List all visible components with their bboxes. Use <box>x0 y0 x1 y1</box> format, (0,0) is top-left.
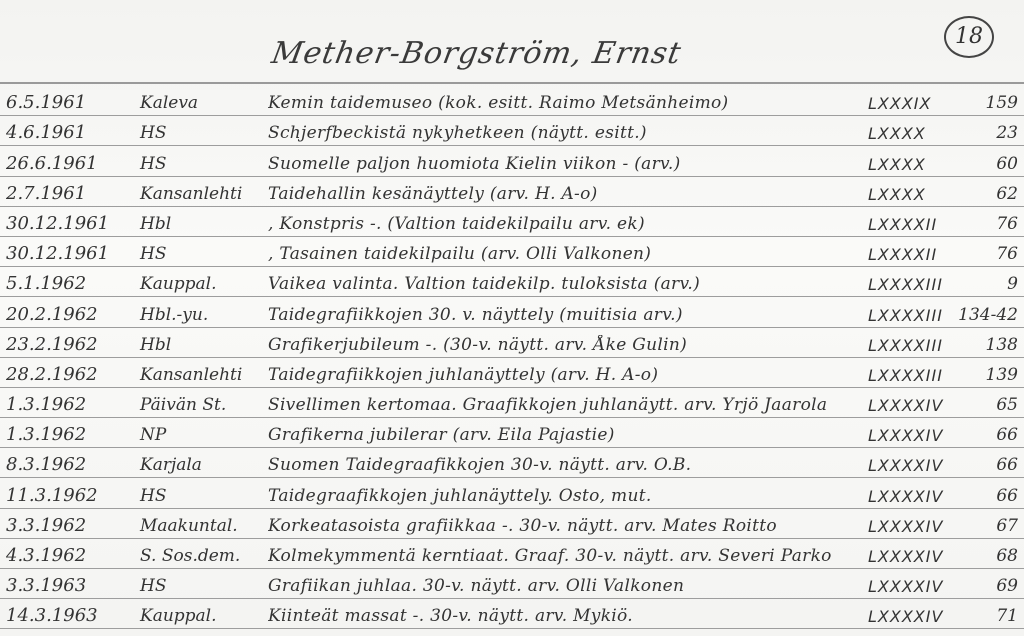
entry-volume: LXXXXII <box>868 245 968 264</box>
entry-date: 2.7.1961 <box>6 183 146 204</box>
entry-date: 23.2.1962 <box>6 334 146 355</box>
entry-page: 69 <box>958 576 1018 596</box>
entry-date: 30.12.1961 <box>6 213 146 234</box>
entry-source: Maakuntal. <box>140 516 270 536</box>
entry-page: 139 <box>958 365 1018 385</box>
entry-description: Kiinteät massat -. 30-v. näytt. arv. Myk… <box>268 606 868 626</box>
entry-date: 4.3.1962 <box>6 545 146 566</box>
entry-page: 66 <box>958 486 1018 506</box>
entry-volume: LXXXIX <box>868 94 968 113</box>
card-title: Mether-Borgström, Ernst <box>269 36 684 71</box>
entry-description: Grafiikan juhlaa. 30-v. näytt. arv. Olli… <box>268 576 868 596</box>
entry-row: 26.6.1961 HS Suomelle paljon huomiota Ki… <box>0 146 1024 176</box>
entry-date: 30.12.1961 <box>6 243 146 264</box>
entry-description: Taidehallin kesänäyttely (arv. H. A-o) <box>268 184 868 204</box>
entry-source: Kauppal. <box>140 274 270 294</box>
entry-row: 1.3.1962 NP Grafikerna jubilerar (arv. E… <box>0 418 1024 448</box>
entry-description: Kemin taidemuseo (kok. esitt. Raimo Mets… <box>268 93 868 113</box>
entry-row: 4.6.1961 HS Schjerfbeckistä nykyhetkeen … <box>0 116 1024 146</box>
entry-page: 138 <box>958 335 1018 355</box>
entry-date: 1.3.1962 <box>6 394 146 415</box>
entry-row: 30.12.1961 Hbl , Konstpris -. (Valtion t… <box>0 207 1024 237</box>
entry-volume: LXXXX <box>868 155 968 174</box>
entry-page: 159 <box>958 93 1018 113</box>
entry-description: Taidegraafikkojen juhlanäyttely. Osto, m… <box>268 486 868 506</box>
entry-description: , Tasainen taidekilpailu (arv. Olli Valk… <box>268 244 868 264</box>
entry-row: 30.12.1961 HS , Tasainen taidekilpailu (… <box>0 237 1024 267</box>
entry-description: Kolmekymmentä kerntiaat. Graaf. 30-v. nä… <box>268 546 868 566</box>
entry-description: Suomelle paljon huomiota Kielin viikon -… <box>268 154 868 174</box>
entry-volume: LXXXX <box>868 124 968 143</box>
entry-page: 76 <box>958 244 1018 264</box>
entry-row: 5.1.1962 Kauppal. Vaikea valinta. Valtio… <box>0 267 1024 297</box>
entry-volume: LXXXXIV <box>868 456 968 475</box>
entry-source: Kansanlehti <box>140 365 270 385</box>
entry-source: HS <box>140 486 270 506</box>
entry-row: 4.3.1962 S. Sos.dem. Kolmekymmentä kernt… <box>0 539 1024 569</box>
entry-volume: LXXXXIII <box>868 306 968 325</box>
entry-row: 1.3.1962 Päivän St. Sivellimen kertomaa.… <box>0 388 1024 418</box>
entry-volume: LXXXXIV <box>868 517 968 536</box>
entry-source: HS <box>140 154 270 174</box>
entry-source: Hbl <box>140 335 270 355</box>
entry-date: 28.2.1962 <box>6 364 146 385</box>
entry-page: 60 <box>958 154 1018 174</box>
entry-date: 20.2.1962 <box>6 304 146 325</box>
entry-source: Karjala <box>140 455 270 475</box>
entry-page: 62 <box>958 184 1018 204</box>
entry-page: 68 <box>958 546 1018 566</box>
entry-row: 14.3.1963 Kauppal. Kiinteät massat -. 30… <box>0 599 1024 629</box>
entry-description: Taidegrafiikkojen 30. v. näyttely (muiti… <box>268 305 868 325</box>
entry-source: HS <box>140 244 270 264</box>
entry-source: S. Sos.dem. <box>140 546 270 566</box>
entry-date: 26.6.1961 <box>6 153 146 174</box>
entry-row: 6.5.1961 Kaleva Kemin taidemuseo (kok. e… <box>0 86 1024 116</box>
entry-volume: LXXXXII <box>868 215 968 234</box>
entry-date: 8.3.1962 <box>6 454 146 475</box>
entry-row: 28.2.1962 Kansanlehti Taidegrafiikkojen … <box>0 358 1024 388</box>
entry-row: 11.3.1962 HS Taidegraafikkojen juhlanäyt… <box>0 478 1024 508</box>
entry-description: , Konstpris -. (Valtion taidekilpailu ar… <box>268 214 868 234</box>
entry-date: 4.6.1961 <box>6 122 146 143</box>
entry-page: 9 <box>958 274 1018 294</box>
entry-volume: LXXXXIV <box>868 426 968 445</box>
entry-volume: LXXXXIII <box>868 366 968 385</box>
entry-description: Grafikerjubileum -. (30-v. näytt. arv. Å… <box>268 335 868 355</box>
entry-source: Kaleva <box>140 93 270 113</box>
entry-date: 1.3.1962 <box>6 424 146 445</box>
entry-source: NP <box>140 425 270 445</box>
entry-volume: LXXXXIII <box>868 275 968 294</box>
entry-description: Korkeatasoista grafiikkaa -. 30-v. näytt… <box>268 516 868 536</box>
entry-volume: LXXXX <box>868 185 968 204</box>
entry-row: 8.3.1962 Karjala Suomen Taidegraafikkoje… <box>0 448 1024 478</box>
entry-page: 71 <box>958 606 1018 626</box>
header-rule <box>0 82 1024 84</box>
entry-row: 2.7.1961 Kansanlehti Taidehallin kesänäy… <box>0 177 1024 207</box>
entry-date: 6.5.1961 <box>6 92 146 113</box>
entry-row: 3.3.1962 Maakuntal. Korkeatasoista grafi… <box>0 509 1024 539</box>
entry-page: 66 <box>958 425 1018 445</box>
index-card: Mether-Borgström, Ernst 18 6.5.1961 Kale… <box>0 0 1024 636</box>
entry-volume: LXXXXIV <box>868 547 968 566</box>
entry-source: Hbl.-yu. <box>140 305 270 325</box>
entry-page: 134-42 <box>958 305 1018 325</box>
entry-date: 11.3.1962 <box>6 485 146 506</box>
entry-source: HS <box>140 123 270 143</box>
entry-description: Vaikea valinta. Valtion taidekilp. tulok… <box>268 274 868 294</box>
entry-page: 76 <box>958 214 1018 234</box>
entry-page: 65 <box>958 395 1018 415</box>
entry-description: Suomen Taidegraafikkojen 30-v. näytt. ar… <box>268 455 868 475</box>
entry-description: Sivellimen kertomaa. Graafikkojen juhlan… <box>268 395 868 415</box>
entry-source: Kauppal. <box>140 606 270 626</box>
entry-row: 3.3.1963 HS Grafiikan juhlaa. 30-v. näyt… <box>0 569 1024 599</box>
entry-page: 67 <box>958 516 1018 536</box>
entry-source: Päivän St. <box>140 395 270 415</box>
entry-date: 3.3.1963 <box>6 575 146 596</box>
entry-volume: LXXXXIV <box>868 487 968 506</box>
entry-volume: LXXXXIV <box>868 577 968 596</box>
card-header: Mether-Borgström, Ernst 18 <box>0 0 1024 86</box>
entry-volume: LXXXXIV <box>868 396 968 415</box>
entry-page: 23 <box>958 123 1018 143</box>
card-number-circle: 18 <box>944 16 994 58</box>
entry-date: 3.3.1962 <box>6 515 146 536</box>
entry-source: Hbl <box>140 214 270 234</box>
entry-date: 14.3.1963 <box>6 605 146 626</box>
entry-description: Grafikerna jubilerar (arv. Eila Pajastie… <box>268 425 868 445</box>
entry-page: 66 <box>958 455 1018 475</box>
entries-list: 6.5.1961 Kaleva Kemin taidemuseo (kok. e… <box>0 86 1024 629</box>
entry-source: HS <box>140 576 270 596</box>
entry-date: 5.1.1962 <box>6 273 146 294</box>
entry-description: Taidegrafiikkojen juhlanäyttely (arv. H.… <box>268 365 868 385</box>
entry-row: 20.2.1962 Hbl.-yu. Taidegrafiikkojen 30.… <box>0 297 1024 327</box>
entry-description: Schjerfbeckistä nykyhetkeen (näytt. esit… <box>268 123 868 143</box>
entry-volume: LXXXXIII <box>868 336 968 355</box>
entry-row: 23.2.1962 Hbl Grafikerjubileum -. (30-v.… <box>0 328 1024 358</box>
entry-volume: LXXXXIV <box>868 607 968 626</box>
entry-source: Kansanlehti <box>140 184 270 204</box>
